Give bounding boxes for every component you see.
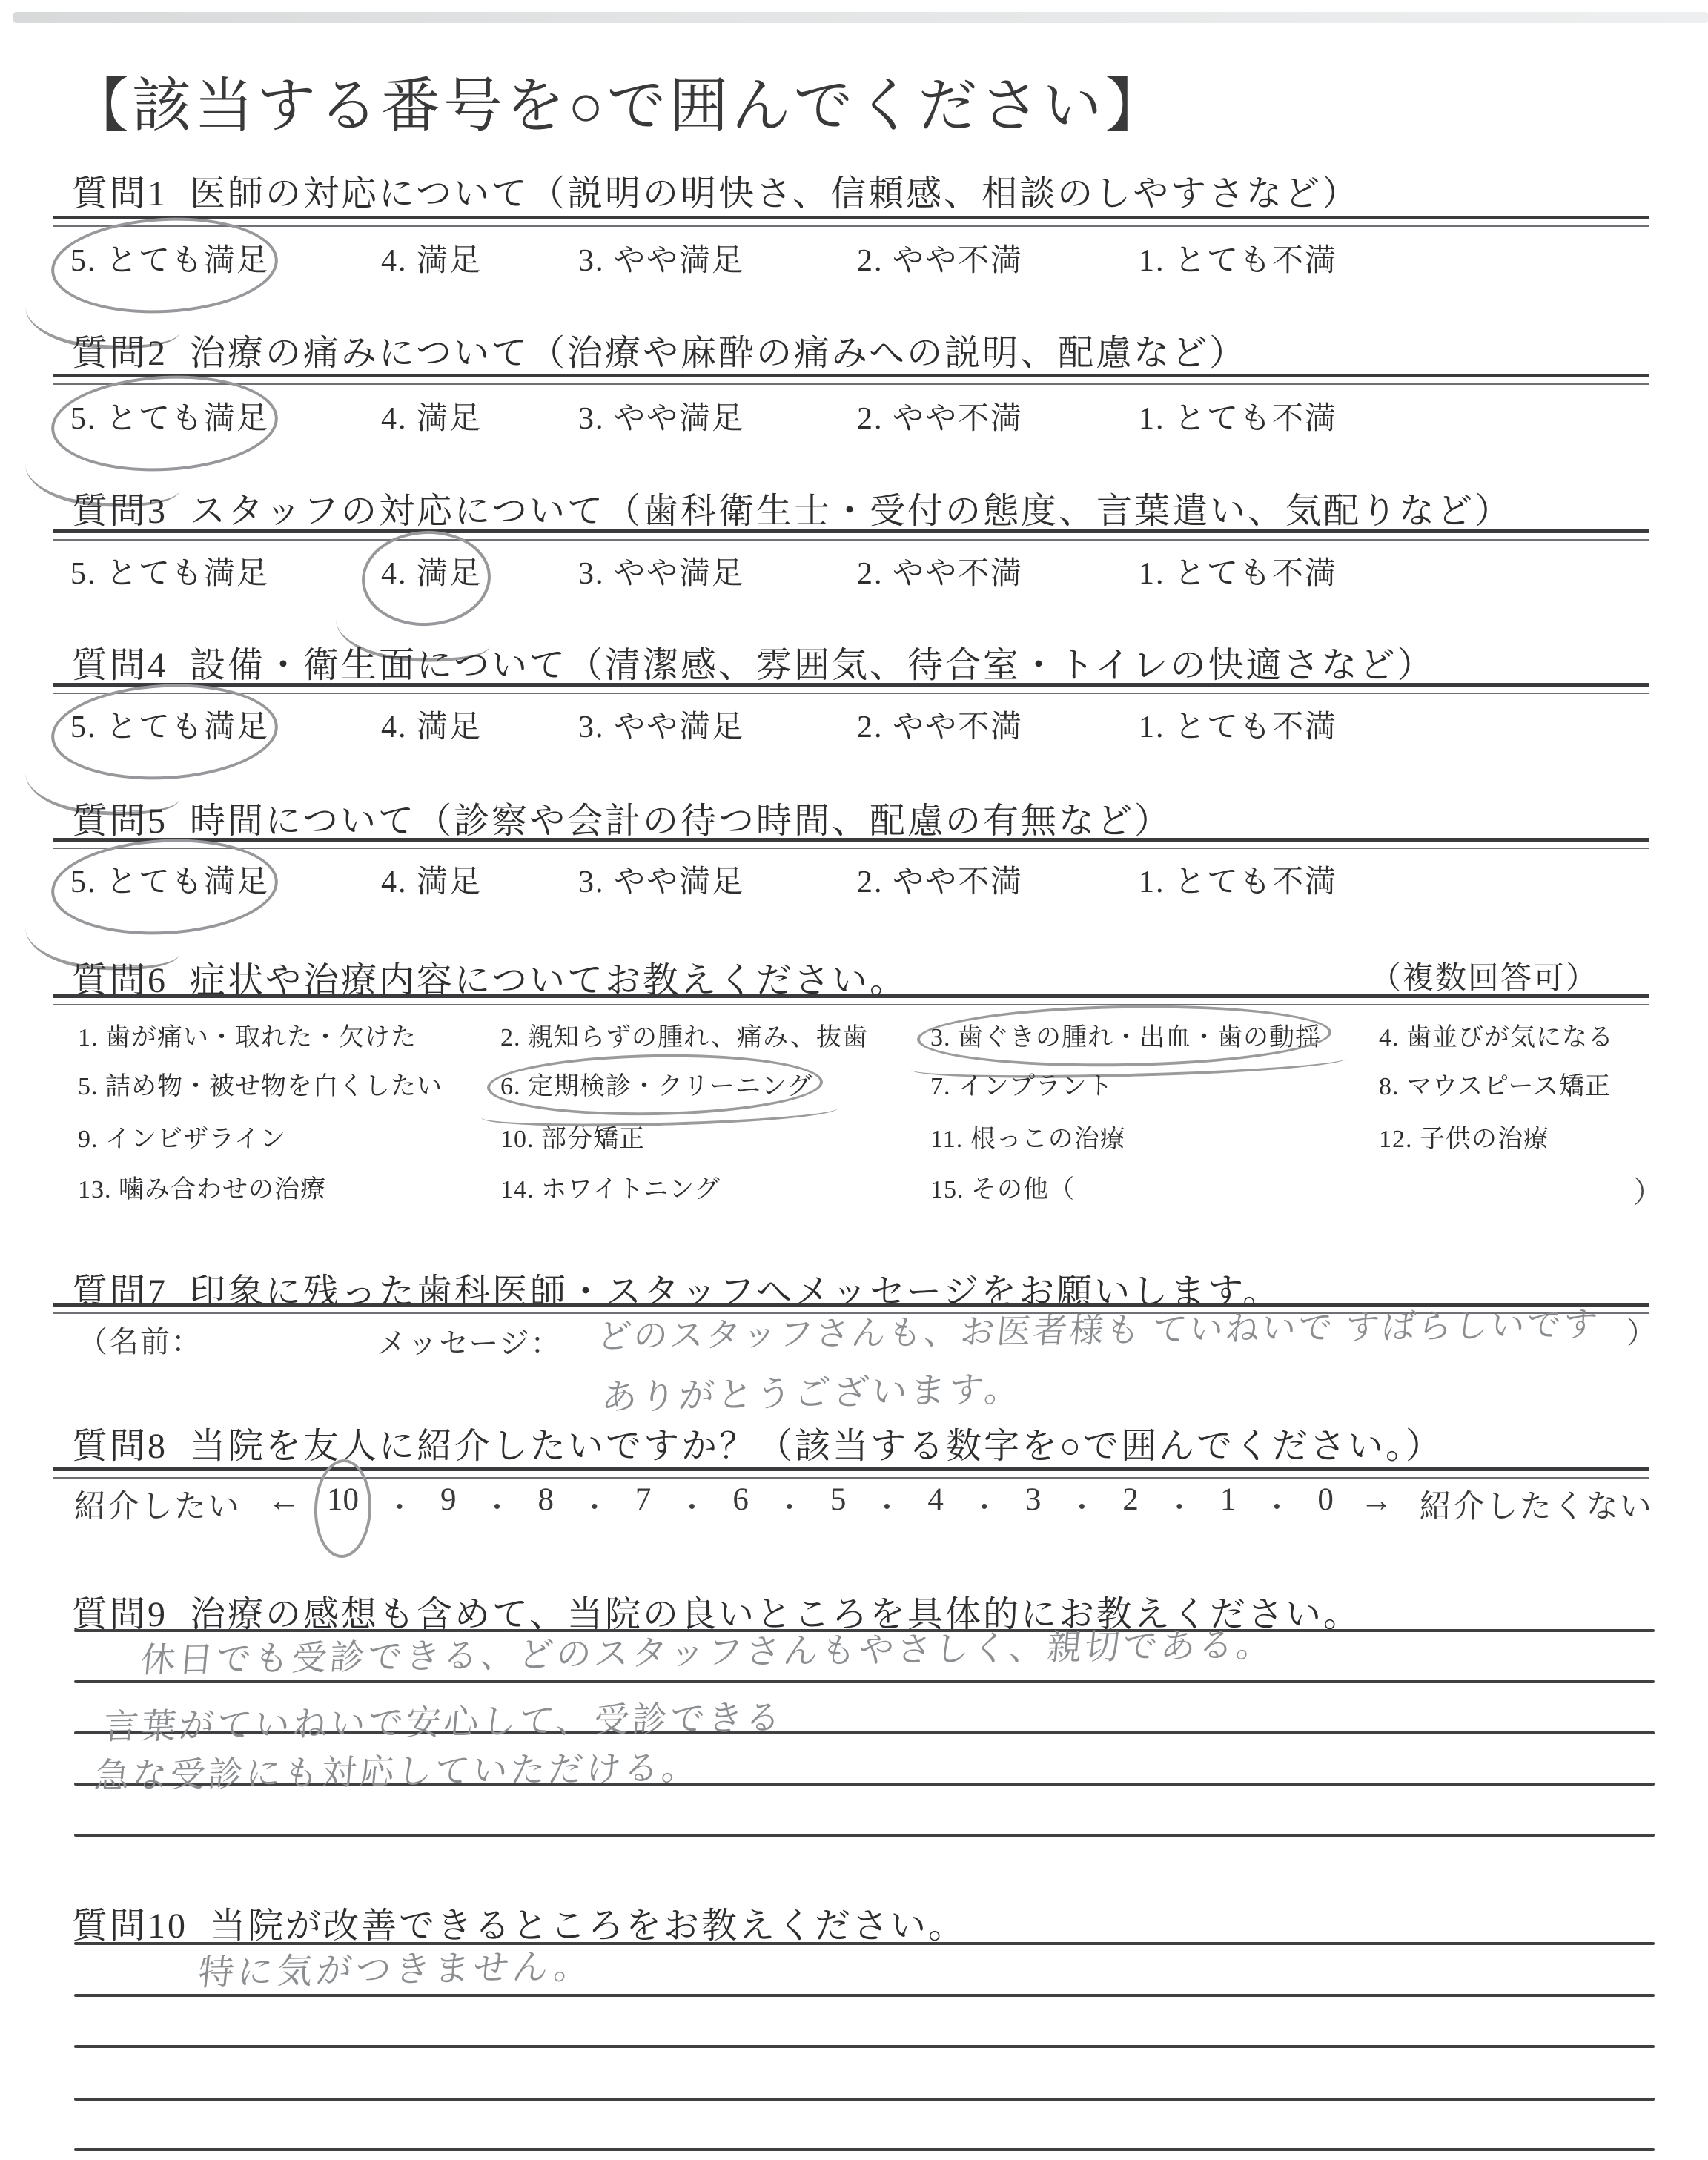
symptom-item-circled: 3. 歯ぐきの腫れ・出血・歯の動揺 bbox=[930, 1017, 1321, 1053]
question-text: 当院を友人に紹介したいですか？（該当する数字を○で囲んでください。） bbox=[190, 1427, 1443, 1466]
rating-option: 3. やや満足 bbox=[578, 549, 744, 593]
rating-option: 1. とても不満 bbox=[1139, 702, 1337, 747]
other-closing-paren: ） bbox=[1633, 1169, 1663, 1211]
question-number: 質問3 bbox=[72, 482, 168, 533]
question-number: 質問5 bbox=[72, 792, 168, 843]
message-closing-paren: ） bbox=[1626, 1309, 1656, 1352]
scale-dot: ・ bbox=[385, 1482, 414, 1525]
rating-option: 4. 満足 bbox=[381, 702, 482, 747]
writing-line bbox=[74, 1994, 1655, 1997]
question-number: 質問4 bbox=[72, 636, 168, 687]
rating-option: 2. やや不満 bbox=[857, 394, 1023, 438]
question-text: 治療の痛みについて（治療や麻酔の痛みへの説明、配慮など） bbox=[190, 334, 1247, 373]
scale-number: 9 bbox=[440, 1482, 457, 1518]
heading-rule bbox=[53, 374, 1649, 385]
symptom-item: 8. マウスピース矯正 bbox=[1379, 1066, 1611, 1102]
question-number: 質問10 bbox=[72, 1897, 188, 1948]
handwritten-improvement: 特に気がつきません。 bbox=[196, 1938, 596, 1995]
question-heading: 質問5時間について（診察や会計の待つ時間、配慮の有無など） bbox=[72, 792, 1172, 843]
scale-number: 6 bbox=[732, 1482, 749, 1518]
page-title: 【該当する番号を○で囲んでください】 bbox=[70, 58, 1167, 143]
rating-option: 2. やや不満 bbox=[857, 549, 1023, 593]
rating-option: 1. とても不満 bbox=[1139, 236, 1337, 280]
rating-option: 3. やや満足 bbox=[578, 236, 744, 280]
scale-left-label: 紹介したい bbox=[74, 1482, 241, 1527]
rating-option: 2. やや不満 bbox=[857, 702, 1023, 747]
question-heading: 質問1医師の対応について（説明の明快さ、信頼感、相談のしやすさなど） bbox=[72, 165, 1360, 216]
scale-dot: ・ bbox=[1165, 1482, 1194, 1525]
scan-artifact-band bbox=[13, 12, 1708, 23]
rating-option: 5. とても満足 bbox=[70, 549, 269, 593]
symptom-item: 4. 歯並びが気になる bbox=[1379, 1017, 1614, 1053]
rating-option: 4. 満足 bbox=[381, 236, 482, 280]
symptom-item: 13. 噛み合わせの治療 bbox=[78, 1169, 326, 1205]
rating-option-circled: 5. とても満足 bbox=[70, 702, 269, 747]
scale-dot: ・ bbox=[580, 1482, 609, 1525]
rating-option: 3. やや満足 bbox=[578, 394, 744, 438]
question-number: 質問8 bbox=[72, 1417, 168, 1468]
symptom-item: 15. その他（ bbox=[930, 1169, 1075, 1205]
rating-option-circled: 5. とても満足 bbox=[70, 236, 269, 280]
scale-number: 8 bbox=[537, 1482, 554, 1518]
rating-option-circled: 5. とても満足 bbox=[70, 857, 269, 902]
rating-option-circled: 5. とても満足 bbox=[70, 394, 269, 438]
left-arrow: ← bbox=[268, 1482, 300, 1519]
scale-number: 1 bbox=[1220, 1482, 1237, 1518]
scale-number: 5 bbox=[830, 1482, 847, 1518]
scale-dot: ・ bbox=[1262, 1482, 1291, 1525]
handwritten-message-line2: ありがとうございます。 bbox=[600, 1360, 1025, 1420]
heading-rule bbox=[53, 216, 1649, 227]
writing-line bbox=[74, 1680, 1655, 1683]
scale-dot: ・ bbox=[678, 1482, 706, 1525]
symptom-item: 12. 子供の治療 bbox=[1379, 1118, 1549, 1155]
rating-option: 1. とても不満 bbox=[1139, 857, 1337, 902]
scale-dot: ・ bbox=[970, 1482, 999, 1525]
question-number: 質問1 bbox=[72, 165, 168, 216]
scale-number-circled: 10 bbox=[327, 1482, 359, 1518]
symptom-item-circled: 6. 定期検診・クリーニング bbox=[500, 1066, 812, 1102]
rating-option: 4. 満足 bbox=[381, 394, 482, 438]
scale-dot: ・ bbox=[1067, 1482, 1096, 1525]
symptom-item: 14. ホワイトニング bbox=[500, 1169, 721, 1205]
survey-page: 【該当する番号を○で囲んでください】 質問1医師の対応について（説明の明快さ、信… bbox=[0, 0, 1708, 2160]
writing-line bbox=[74, 1834, 1655, 1837]
rating-option: 2. やや不満 bbox=[857, 236, 1023, 280]
question-heading: 質問3スタッフの対応について（歯科衛生士・受付の態度、言葉遣い、気配りなど） bbox=[72, 482, 1512, 533]
symptom-item: 10. 部分矯正 bbox=[500, 1118, 645, 1155]
question-heading: 質問8当院を友人に紹介したいですか？（該当する数字を○で囲んでください。） bbox=[72, 1417, 1443, 1468]
question-text: スタッフの対応について（歯科衛生士・受付の態度、言葉遣い、気配りなど） bbox=[190, 492, 1512, 531]
right-arrow: → bbox=[1360, 1482, 1393, 1519]
symptom-item: 11. 根っこの治療 bbox=[930, 1118, 1126, 1155]
question-heading: 質問2治療の痛みについて（治療や麻酔の痛みへの説明、配慮など） bbox=[72, 324, 1247, 375]
scale-dot: ・ bbox=[483, 1482, 511, 1525]
question-heading: 質問4設備・衛生面について（清潔感、雰囲気、待合室・トイレの快適さなど） bbox=[72, 636, 1435, 687]
heading-rule bbox=[53, 838, 1649, 849]
message-field-label: メッセージ： bbox=[377, 1320, 562, 1362]
rating-option-circled: 4. 満足 bbox=[381, 549, 482, 593]
symptom-item: 5. 詰め物・被せ物を白くしたい bbox=[78, 1066, 443, 1102]
rating-option: 3. やや満足 bbox=[578, 702, 744, 747]
heading-rule bbox=[53, 994, 1649, 1005]
symptom-item: 7. インプラント bbox=[930, 1066, 1113, 1102]
rating-option: 3. やや満足 bbox=[578, 857, 744, 902]
scale-dot: ・ bbox=[873, 1482, 901, 1525]
scale-right-label: 紹介したくない bbox=[1420, 1482, 1653, 1527]
rating-option: 4. 満足 bbox=[381, 857, 482, 902]
symptom-item: 9. インビザライン bbox=[78, 1118, 286, 1155]
scale-number: 4 bbox=[927, 1482, 944, 1518]
scale-number: 0 bbox=[1317, 1482, 1334, 1518]
question-text: 医師の対応について（説明の明快さ、信頼感、相談のしやすさなど） bbox=[190, 174, 1360, 214]
symptom-item: 1. 歯が痛い・取れた・欠けた bbox=[78, 1017, 417, 1053]
rating-option: 1. とても不満 bbox=[1139, 394, 1337, 438]
scale-number: 2 bbox=[1122, 1482, 1139, 1518]
scale-dot: ・ bbox=[775, 1482, 804, 1525]
question-number: 質問2 bbox=[72, 324, 168, 375]
heading-rule bbox=[53, 529, 1649, 541]
rating-option: 1. とても不満 bbox=[1139, 549, 1337, 593]
question-text: 時間について（診察や会計の待つ時間、配慮の有無など） bbox=[190, 802, 1172, 841]
question-text: 設備・衛生面について（清潔感、雰囲気、待合室・トイレの快適さなど） bbox=[190, 646, 1435, 685]
recommend-scale: 紹介したい←10・9・8・7・6・5・4・3・2・1・0→紹介したくない bbox=[74, 1482, 1653, 1527]
heading-rule bbox=[53, 1467, 1649, 1479]
multi-answer-note: （複数回答可） bbox=[1370, 954, 1598, 998]
writing-line bbox=[74, 2045, 1655, 2048]
scale-number: 7 bbox=[635, 1482, 652, 1518]
name-field-label: （名前： bbox=[78, 1318, 202, 1361]
heading-rule bbox=[53, 683, 1649, 694]
handwritten-answer-line: 急な受診にも対応していただける。 bbox=[93, 1740, 702, 1798]
rating-option: 2. やや不満 bbox=[857, 857, 1023, 902]
writing-line bbox=[74, 2148, 1655, 2151]
writing-line bbox=[74, 2098, 1655, 2101]
symptom-item: 2. 親知らずの腫れ、痛み、抜歯 bbox=[500, 1017, 868, 1053]
scale-number: 3 bbox=[1025, 1482, 1042, 1518]
